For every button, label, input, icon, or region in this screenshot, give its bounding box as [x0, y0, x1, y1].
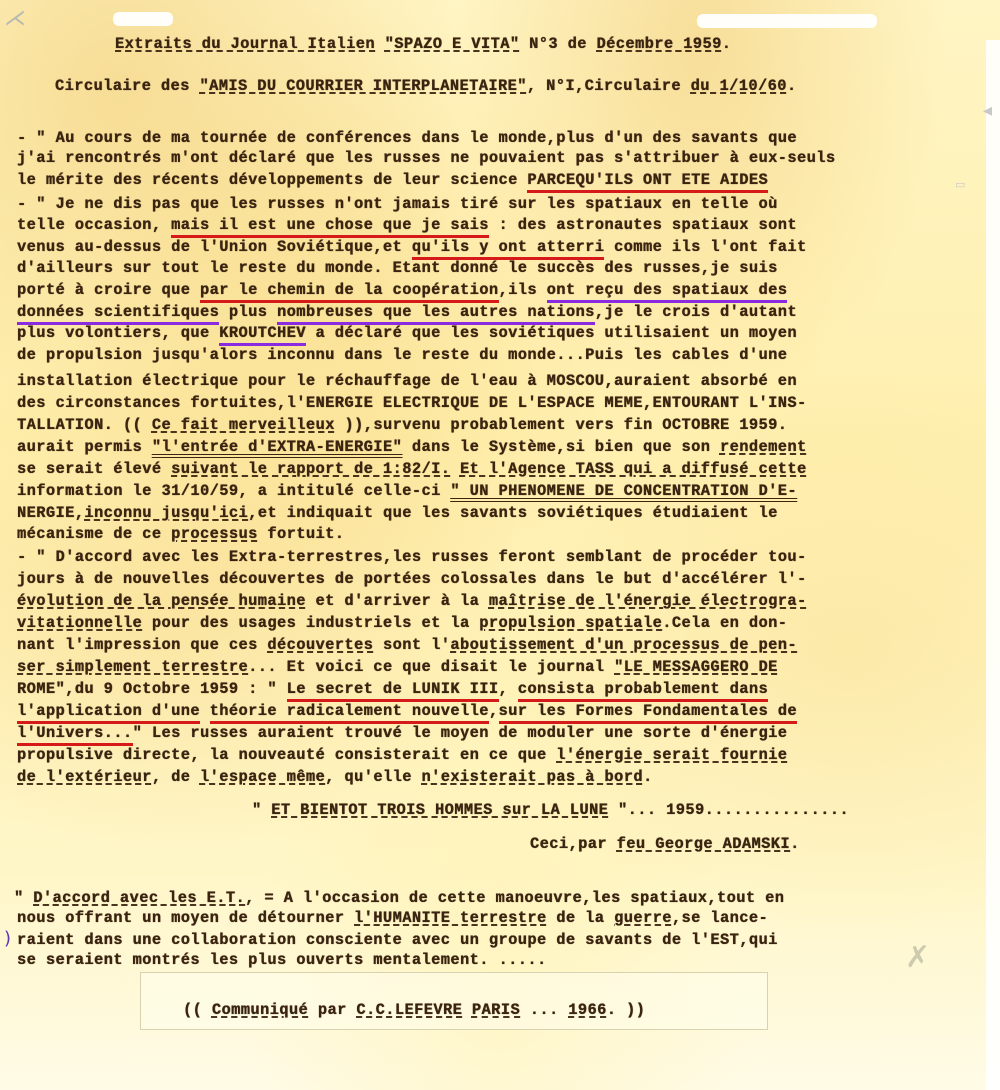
body-line: TALLATION. (( Ce fait merveilleux )),sur…: [17, 415, 787, 435]
text-run: [450, 460, 460, 478]
text-run: ": [14, 889, 33, 907]
text-run: , = A l'occasion de cette manoeuvre,les …: [245, 889, 784, 907]
text-run: pour des usages industriels et la: [142, 614, 479, 632]
underlined-text: théorie radicalement nouvelle: [210, 702, 489, 724]
text-run: ,et indiquait que les savants soviétique…: [248, 504, 778, 522]
title-line: Extraits du Journal Italien "SPAZO E VIT…: [115, 34, 731, 54]
underlined-text: PARIS: [472, 1001, 520, 1019]
body-line: se serait élevé suivant le rapport de 1:…: [17, 459, 807, 479]
body-line: plus volontiers, que KROUTCHEV a déclaré…: [17, 323, 797, 343]
text-run: plus volontiers, que: [17, 324, 219, 342]
text-run: ,ils: [499, 281, 547, 299]
text-run: Ceci,par: [530, 835, 617, 853]
underlined-text: n'existerait pas à bord: [421, 768, 642, 786]
text-run: ,se lance-: [672, 909, 768, 927]
text-run: jours à de nouvelles découvertes de port…: [17, 570, 807, 588]
text-run: de propulsion jusqu'alors inconnu dans l…: [17, 346, 787, 364]
text-run: .: [722, 35, 732, 53]
underlined-text: Extraits du Journal Italien: [115, 35, 375, 53]
text-run: NERGIE,: [17, 504, 84, 522]
text-run: - " Je ne dis pas que les russes n'ont j…: [17, 195, 778, 213]
body-line: vitationnelle pour des usages industriel…: [17, 613, 787, 633]
underlined-text: l'énergie serait fournie: [556, 746, 787, 764]
page-edge: [986, 40, 1000, 1090]
underlined-text: rendement: [720, 438, 807, 456]
margin-tag: ▭: [955, 178, 965, 191]
underlined-text: Ce fait merveilleux: [152, 416, 335, 434]
text-run: venus au-dessus de l'Union Soviétique,et: [17, 238, 412, 256]
underlined-text: sur les Formes Fondamentales de: [499, 702, 798, 724]
body-line: ROME",du 9 Octobre 1959 : " Le secret de…: [17, 679, 768, 699]
underlined-text: vitationnelle: [17, 614, 142, 632]
body-line: le mérite des récents développements de …: [17, 170, 768, 190]
body-line: - " Je ne dis pas que les russes n'ont j…: [17, 194, 778, 214]
body-line: mécanisme de ce processus fortuit.: [17, 524, 344, 544]
underlined-text: KROUTCHEV: [219, 324, 306, 346]
underlined-text: guerre: [614, 909, 672, 927]
body-line: données scientifiques plus nombreuses qu…: [17, 302, 797, 322]
underlined-text: par le chemin de la coopération: [200, 281, 499, 303]
closing-line: nous offrant un moyen de détourner l'HUM…: [17, 908, 768, 928]
underlined-text: processus: [171, 525, 258, 543]
body-line: ser simplement terrestre... Et voici ce …: [17, 657, 778, 677]
text-run: .: [643, 768, 653, 786]
underlined-text: "l'entrée d'EXTRA-ENERGIE": [152, 438, 402, 456]
text-run: N°3 de: [519, 35, 596, 53]
body-line: de propulsion jusqu'alors inconnu dans l…: [17, 345, 787, 365]
text-run: porté à croire que: [17, 281, 200, 299]
underlined-text: l'Univers...: [17, 724, 133, 746]
text-run: par: [308, 1001, 356, 1019]
text-run: ": [252, 801, 271, 819]
text-run: ROME",du 9 Octobre 1959 : ": [17, 680, 287, 698]
underlined-text: l'application d'une: [17, 702, 200, 724]
body-line: de l'extérieur, de l'espace même, qu'ell…: [17, 767, 653, 787]
text-run: ((: [183, 1001, 212, 1019]
text-run: raient dans une collaboration consciente…: [17, 931, 778, 949]
page-fold-icon: ◂: [983, 100, 992, 121]
underlined-text: Le secret de LUNIK III: [287, 680, 499, 702]
text-run: a déclaré que les soviétiques utilisaien…: [306, 324, 797, 342]
underlined-text: C.C.LEFEVRE: [356, 1001, 462, 1019]
underlined-text: maîtrise de l'énergie électrogra-: [489, 592, 807, 610]
text-run: de la: [547, 909, 614, 927]
text-run: le mérite des récents développements de …: [17, 171, 527, 189]
body-line: telle occasion, mais il est une chose qu…: [17, 215, 797, 235]
tape-strip-left: [113, 12, 173, 26]
quote-line: " ET BIENTOT TROIS HOMMES sur LA LUNE ".…: [252, 800, 849, 820]
text-run: sont l': [373, 636, 450, 654]
underlined-text: "LE MESSAGGERO DE: [614, 658, 778, 676]
text-run: et d'arriver à la: [306, 592, 489, 610]
text-run: ,: [499, 680, 518, 698]
closing-line: se seraient montrés les plus ouverts men…: [17, 950, 547, 970]
body-line: l'application d'une théorie radicalement…: [17, 701, 797, 721]
text-run: se seraient montrés les plus ouverts men…: [17, 951, 547, 969]
margin-check-mark: ): [4, 928, 11, 949]
closing-line: raient dans une collaboration consciente…: [17, 930, 778, 950]
text-run: . )): [607, 1001, 646, 1019]
body-line: venus au-dessus de l'Union Soviétique,et…: [17, 237, 807, 257]
body-line: d'ailleurs sur tout le reste du monde. E…: [17, 258, 778, 278]
text-run: [200, 702, 210, 720]
body-line: propulsive directe, la nouveauté consist…: [17, 745, 787, 765]
text-run: "... 1959...............: [608, 801, 849, 819]
text-run: d'ailleurs sur tout le reste du monde. E…: [17, 259, 778, 277]
subtitle-line: Circulaire des "AMIS DU COURRIER INTERPL…: [55, 76, 797, 96]
underlined-text: ET BIENTOT TROIS HOMMES sur LA LUNE: [271, 801, 608, 819]
footer-line: (( Communiqué par C.C.LEFEVRE PARIS ... …: [183, 1000, 645, 1020]
text-run: se serait élevé: [17, 460, 171, 478]
body-line: jours à de nouvelles découvertes de port…: [17, 569, 807, 589]
text-run: )),survenu probablement vers fin OCTOBRE…: [335, 416, 788, 434]
underlined-text: nombreuses que les autres nations: [277, 303, 595, 325]
underlined-text: qu'ils y ont atterri: [412, 238, 605, 260]
underlined-text: évolution de la pensée humaine: [17, 592, 306, 610]
underlined-text: propulsion spatiale: [479, 614, 662, 632]
body-line: j'ai rencontrés m'ont déclaré que les ru…: [17, 148, 836, 168]
text-run: plus: [219, 303, 277, 321]
underlined-text: "SPAZO E VITA": [385, 35, 520, 53]
underlined-text: découvertes: [267, 636, 373, 654]
underlined-text: Décembre 1959: [597, 35, 722, 53]
text-run: .: [790, 835, 800, 853]
underlined-text: inconnu jusqu'ici: [84, 504, 248, 522]
text-run: Circulaire des: [55, 77, 199, 95]
text-run: nant l'impression que ces: [17, 636, 267, 654]
underlined-text: 1966: [568, 1001, 607, 1019]
body-line: l'Univers..." Les russes auraient trouvé…: [17, 723, 787, 743]
text-run: ,je le crois d'autant: [595, 303, 797, 321]
underlined-text: de l'extérieur: [17, 768, 152, 786]
text-run: , de: [152, 768, 200, 786]
attribution-line: Ceci,par feu George ADAMSKI.: [530, 834, 800, 854]
text-run: dans le Système,si bien que son: [402, 438, 720, 456]
text-run: .Cela en don-: [662, 614, 787, 632]
tape-strip-right: [697, 14, 877, 28]
text-run: - " Au cours de ma tournée de conférence…: [17, 129, 797, 147]
text-run: : des astronautes spatiaux sont: [489, 216, 797, 234]
underlined-text: Et l'Agence TASS qui a diffusé cette: [460, 460, 807, 478]
text-run: mécanisme de ce: [17, 525, 171, 543]
body-line: information le 31/10/59, a intitulé cell…: [17, 481, 797, 501]
body-line: installation électrique pour le réchauff…: [17, 371, 797, 391]
text-run: " Les russes auraient trouvé le moyen de…: [133, 724, 788, 742]
staple-mark-icon: ⋌: [4, 6, 26, 32]
underlined-text: feu George ADAMSKI: [617, 835, 790, 853]
body-line: des circonstances fortuites,l'ENERGIE EL…: [17, 393, 807, 413]
underlined-text: mais il est une chose que je sais: [171, 216, 489, 238]
underlined-text: D'accord avec les E.T.: [33, 889, 245, 907]
underlined-text: consista probablement dans: [518, 680, 768, 702]
body-line: aurait permis "l'entrée d'EXTRA-ENERGIE"…: [17, 437, 807, 457]
text-run: TALLATION. ((: [17, 416, 152, 434]
text-run: [375, 35, 385, 53]
text-run: fortuit.: [258, 525, 345, 543]
body-line: - " Au cours de ma tournée de conférence…: [17, 128, 797, 148]
text-run: propulsive directe, la nouveauté consist…: [17, 746, 556, 764]
closing-line: " D'accord avec les E.T., = A l'occasion…: [14, 888, 784, 908]
body-line: - " D'accord avec les Extra-terrestres,l…: [17, 547, 807, 567]
body-line: nant l'impression que ces découvertes so…: [17, 635, 797, 655]
text-run: nous offrant un moyen de détourner: [17, 909, 354, 927]
text-run: ,: [489, 702, 499, 720]
underlined-text: Communiqué: [212, 1001, 308, 1019]
underlined-text: ser simplement terrestre: [17, 658, 248, 676]
text-run: telle occasion,: [17, 216, 171, 234]
text-run: des circonstances fortuites,l'ENERGIE EL…: [17, 394, 807, 412]
underlined-text: du 1/10/60: [691, 77, 787, 95]
underlined-text: ont reçu des spatiaux des: [547, 281, 788, 303]
body-line: porté à croire que par le chemin de la c…: [17, 280, 787, 300]
text-run: ...: [520, 1001, 568, 1019]
text-run: .: [787, 77, 797, 95]
text-run: comme ils l'ont fait: [604, 238, 806, 256]
text-run: information le 31/10/59, a intitulé cell…: [17, 482, 450, 500]
body-line: évolution de la pensée humaine et d'arri…: [17, 591, 807, 611]
underlined-text: suivant le rapport de 1:82/I.: [171, 460, 450, 478]
underlined-text: PARCEQU'ILS ONT ETE AIDES: [527, 171, 768, 193]
corner-scribble: ✗: [905, 940, 930, 975]
underlined-text: l'HUMANITE terrestre: [354, 909, 547, 927]
underlined-text: l'espace même: [200, 768, 325, 786]
text-run: [462, 1001, 472, 1019]
underlined-text: "AMIS DU COURRIER INTERPLANETAIRE": [199, 77, 526, 95]
text-run: , qu'elle: [325, 768, 421, 786]
text-run: - " D'accord avec les Extra-terrestres,l…: [17, 548, 807, 566]
text-run: aurait permis: [17, 438, 152, 456]
text-run: j'ai rencontrés m'ont déclaré que les ru…: [17, 149, 836, 167]
underlined-text: " UN PHENOMENE DE CONCENTRATION D'E-: [450, 482, 797, 500]
text-run: ... Et voici ce que disait le journal: [248, 658, 614, 676]
body-line: NERGIE,inconnu jusqu'ici,et indiquait qu…: [17, 503, 778, 523]
underlined-text: aboutissement d'un processus de pen-: [450, 636, 797, 654]
text-run: installation électrique pour le réchauff…: [17, 372, 797, 390]
text-run: , N°I,Circulaire: [527, 77, 691, 95]
underlined-text: données scientifiques: [17, 303, 219, 325]
